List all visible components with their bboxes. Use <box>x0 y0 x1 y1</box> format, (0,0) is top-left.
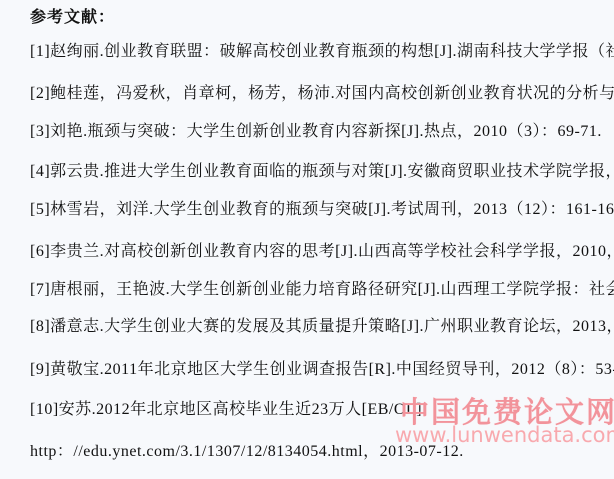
reference-item-8: [8]潘意志.大学生创业大赛的发展及其质量提升策略[J].广州职业教育论坛，20… <box>30 317 614 337</box>
reference-item-5: [5]林雪岩，刘洋.大学生创业教育的瓶颈与突破[J].考试周刊，2013（12）… <box>30 200 614 220</box>
reference-item-1: [1]赵绚丽.创业教育联盟：破解高校创业教育瓶颈的构想[J].湖南科技大学学报（… <box>30 42 614 62</box>
reference-item-2: [2]鲍桂莲，冯爱秋，肖章柯，杨芳，杨沛.对国内高校创新创业教育状况的分析与思考… <box>30 84 614 104</box>
reference-item-10: [10]安苏.2012年北京地区高校毕业生近23万人[EB/OL]. <box>30 400 427 420</box>
reference-item-3: [3]刘艳.瓶颈与突破：大学生创新创业教育内容新探[J].热点，2010（3）：… <box>30 122 602 142</box>
watermark-site-url: www.lunwendata.com <box>395 423 614 447</box>
references-heading: 参考文献： <box>30 8 115 28</box>
reference-item-9: [9]黄敬宝.2011年北京地区大学生创业调查报告[R].中国经贸导刊，2012… <box>30 360 614 380</box>
reference-item-4: [4]郭云贵.推进大学生创业教育面临的瓶颈与对策[J].安徽商贸职业技术学院学报… <box>30 162 614 182</box>
reference-item-6: [6]李贵兰.对高校创新创业教育内容的思考[J].山西高等学校社会科学学报，20… <box>30 242 614 262</box>
reference-item-7: [7]唐根丽，王艳波.大学生创新创业能力培育路径研究[J].山西理工学院学报：社… <box>30 280 614 300</box>
references-document: 参考文献： [1]赵绚丽.创业教育联盟：破解高校创业教育瓶颈的构想[J].湖南科… <box>0 0 614 479</box>
